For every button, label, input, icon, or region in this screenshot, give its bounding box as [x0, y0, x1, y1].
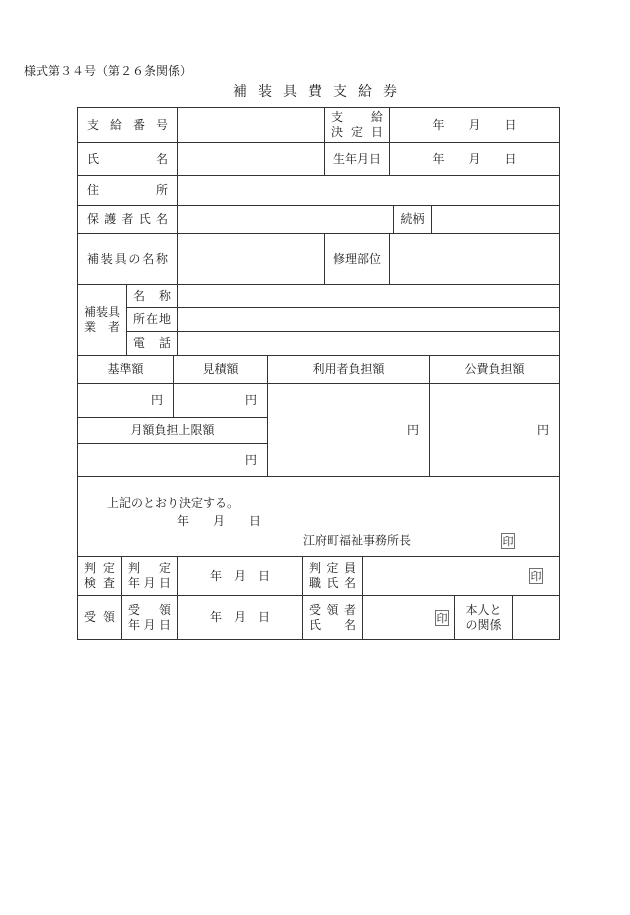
- judgement-section: 判定 検査 判定 年月日 年 月 日 判定員 職氏名 印: [77, 556, 560, 596]
- user-burden-unit: 円: [268, 384, 430, 477]
- vendor-name-label: 名称: [127, 285, 178, 308]
- amounts-section: 基準額 見積額 利用者負担額 公費負担額 円 円 円 円 月額負担上限額 円: [77, 355, 560, 477]
- supply-number-label: 支給番号: [78, 108, 178, 143]
- address-section: 住所: [77, 175, 560, 206]
- vendor-section: 補装具 業者 名称 所在地 電話: [77, 284, 560, 356]
- address-label: 住所: [78, 176, 178, 206]
- receiver-relation-value-cell: [513, 596, 560, 640]
- standard-amount-header: 基準額: [78, 356, 174, 384]
- repair-part-label: 修理部位: [325, 234, 390, 285]
- vendor-phone-label: 電話: [127, 332, 178, 356]
- judgement-date-value: 年 月 日: [178, 557, 303, 596]
- judgement-section-label: 判定 検査: [78, 557, 122, 596]
- office-seal-icon: 印: [501, 533, 515, 549]
- receiver-name-label: 受領者 氏名: [303, 596, 363, 640]
- vendor-name-value-cell: [178, 285, 560, 308]
- guardian-section: 保護者氏名 続柄: [77, 205, 560, 234]
- receiver-name-value-cell: 印: [363, 596, 455, 640]
- relation-label: 続柄: [394, 206, 432, 234]
- receiver-relation-label: 本人と の関係: [455, 596, 513, 640]
- decision-section: 上記のとおり決定する。 年 月 日 江府町福祉事務所長印: [77, 476, 560, 557]
- birth-date-value: 年 月 日: [390, 143, 560, 176]
- receipt-section-label: 受領: [78, 596, 122, 640]
- judge-seal-icon: 印: [529, 568, 543, 584]
- receipt-date-value: 年 月 日: [178, 596, 303, 640]
- identity-section-top: 支給番号 支給 決定日 年 月 日 氏名 生年月日 年 月 日: [77, 107, 560, 176]
- name-value-cell: [178, 143, 325, 176]
- judge-name-value-cell: 印: [363, 557, 560, 596]
- estimate-amount-unit: 円: [174, 384, 268, 418]
- decision-statement: 上記のとおり決定する。: [107, 496, 559, 511]
- receipt-date-label: 受領 年月日: [122, 596, 178, 640]
- address-value-cell: [178, 176, 560, 206]
- decision-block: 上記のとおり決定する。 年 月 日 江府町福祉事務所長印: [78, 477, 560, 557]
- voucher-form-table: 支給番号 支給 決定日 年 月 日 氏名 生年月日 年 月 日 住所: [77, 107, 559, 640]
- name-label: 氏名: [78, 143, 178, 176]
- user-burden-header: 利用者負担額: [268, 356, 430, 384]
- supply-number-value-cell: [178, 108, 325, 143]
- document-page: 様式第３４号（第２６条関係） 補装具費支給券 支給番号 支給 決定日 年 月 日…: [0, 0, 630, 915]
- guardian-label: 保護者氏名: [78, 206, 178, 234]
- birth-date-label: 生年月日: [325, 143, 390, 176]
- public-burden-unit: 円: [430, 384, 560, 477]
- vendor-address-value-cell: [178, 308, 560, 332]
- vendor-group-label: 補装具 業者: [78, 285, 127, 356]
- decision-date-value: 年 月 日: [390, 108, 560, 143]
- monthly-cap-label: 月額負担上限額: [78, 418, 268, 444]
- standard-amount-unit: 円: [78, 384, 174, 418]
- receiver-seal-icon: 印: [435, 610, 449, 626]
- guardian-value-cell: [178, 206, 394, 234]
- repair-part-value-cell: [390, 234, 560, 285]
- relation-value-cell: [432, 206, 560, 234]
- judge-name-label: 判定員 職氏名: [303, 557, 363, 596]
- receipt-section: 受領 受領 年月日 年 月 日 受領者 氏名 印 本人と の関係: [77, 595, 560, 640]
- estimate-amount-header: 見積額: [174, 356, 268, 384]
- form-title: 補装具費支給券: [0, 84, 630, 101]
- decision-signer: 江府町福祉事務所長: [303, 534, 411, 548]
- device-name-value-cell: [178, 234, 325, 285]
- decision-signer-line: 江府町福祉事務所長印: [303, 533, 559, 549]
- decision-date-label: 支給 決定日: [325, 108, 390, 143]
- judgement-date-label: 判定 年月日: [122, 557, 178, 596]
- device-section: 補装具の名称 修理部位: [77, 233, 560, 285]
- vendor-address-label: 所在地: [127, 308, 178, 332]
- device-name-label: 補装具の名称: [78, 234, 178, 285]
- vendor-phone-value-cell: [178, 332, 560, 356]
- public-burden-header: 公費負担額: [430, 356, 560, 384]
- decision-date: 年 月 日: [177, 514, 559, 529]
- monthly-cap-unit: 円: [78, 444, 268, 477]
- form-number: 様式第３４号（第２６条関係）: [24, 64, 192, 78]
